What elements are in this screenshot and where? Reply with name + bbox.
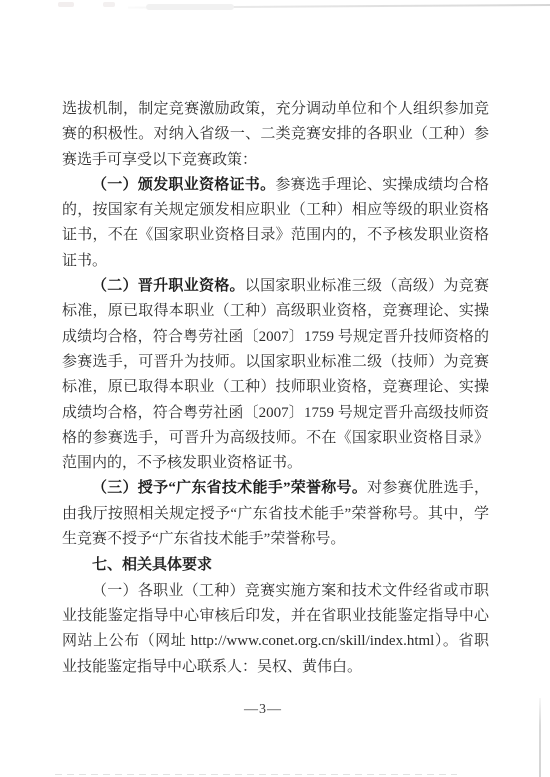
section-heading-seven: 七、相关具体要求 (62, 552, 489, 578)
section-heading-text: 七、相关具体要求 (92, 556, 212, 573)
paragraph-lead: （二）晋升职业资格。 (92, 278, 245, 294)
paragraph-policy-2: （二）晋升职业资格。以国家职业标准三级（高级）为竞赛标准，原已取得本职业（工种）… (62, 274, 489, 476)
document-body: 选拔机制，制定竞赛激励政策，充分调动单位和个人组织参加竞赛的积极性。对纳入省级一… (62, 97, 489, 680)
page-number: —3— (0, 702, 526, 718)
paragraph-intro: 选拔机制，制定竞赛激励政策，充分调动单位和个人组织参加竞赛的积极性。对纳入省级一… (62, 97, 489, 173)
scan-artifact-right-edge (539, 698, 541, 777)
paragraph-policy-3: （三）授予“广东省技术能手”荣誉称号。对参赛优胜选手，由我厅按照相关规定授予“广… (62, 476, 489, 552)
paragraph-text: 选拔机制，制定竞赛激励政策，充分调动单位和个人组织参加竞赛的积极性。对纳入省级一… (62, 101, 489, 168)
paragraph-text: 以国家职业标准三级（高级）为竞赛标准，原已取得本职业（工种）高级职业资格，竞赛理… (62, 278, 489, 471)
website-url: http://www.conet.org.cn/skill/index.html (191, 633, 435, 649)
paragraph-requirement-1: （一）各职业（工种）竞赛实施方案和技术文件经省或市职业技能鉴定指导中心审核后印发… (62, 579, 489, 680)
paragraph-lead: （一）颁发职业资格证书。 (92, 177, 275, 193)
scan-artifact-smudge (103, 2, 115, 7)
paragraph-lead: （三）授予“广东省技术能手”荣誉称号。 (92, 480, 367, 496)
paragraph-policy-1: （一）颁发职业资格证书。参赛选手理论、实操成绩均合格的，按国家有关规定颁发相应职… (62, 173, 489, 274)
scan-artifact-smudge (146, 4, 234, 10)
scan-artifact-bottom-edge (55, 774, 457, 775)
scan-artifact-top-line (128, 4, 550, 9)
scan-artifact-smudge (58, 2, 74, 7)
scanned-document-page: 选拔机制，制定竞赛激励政策，充分调动单位和个人组织参加竞赛的积极性。对纳入省级一… (0, 0, 550, 777)
